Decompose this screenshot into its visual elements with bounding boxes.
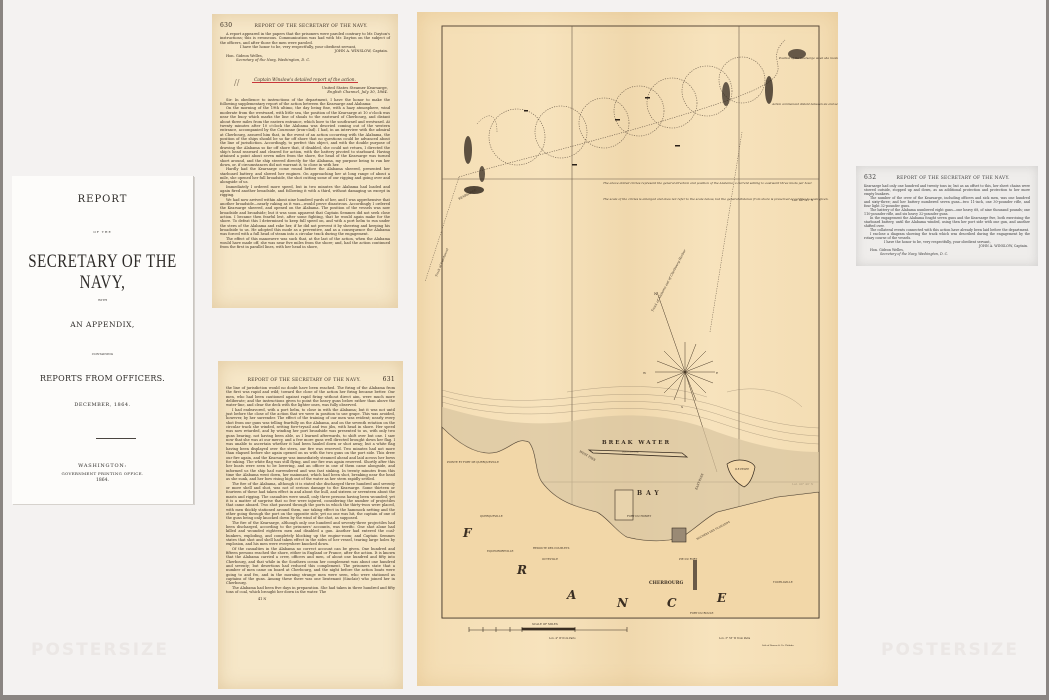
battle-map: The above dotted circles represent the g… bbox=[417, 12, 838, 686]
addressee-title: Secretary of the Navy, Washington, D. C. bbox=[226, 58, 398, 62]
place-octeville: OCTEVILLE bbox=[542, 557, 558, 561]
addressee-title: Secretary of the Navy, Washington, D. C. bbox=[870, 252, 1038, 256]
paragraph: On the morning of the 19th ultimo, the d… bbox=[220, 106, 390, 167]
frame-left-edge bbox=[0, 0, 3, 700]
country-letter-r: R bbox=[516, 563, 527, 577]
page-number: 631 bbox=[383, 376, 395, 383]
paragraph: In the engagement the Alabama fought sev… bbox=[864, 216, 1030, 228]
title-rule bbox=[96, 438, 136, 439]
country-letter-n: N bbox=[616, 596, 629, 610]
addressee: Hon. Gideon Welles, Secretary of the Nav… bbox=[856, 248, 1038, 256]
paragraph: I had endeavored, with a port helm, to c… bbox=[226, 408, 395, 482]
page-631: REPORT OF THE SECRETARY OF THE NAVY. 631… bbox=[218, 361, 403, 689]
watermark-right: POSTERSIZE bbox=[880, 640, 1020, 660]
paragraph: Kearsarge had only one hundred and twent… bbox=[864, 184, 1030, 196]
title-containing: CONTAINING bbox=[12, 352, 193, 356]
place-redoute: REDOUTE DES COUPLETS bbox=[533, 546, 570, 550]
paragraph: The number of the crew of the Kearsarge,… bbox=[864, 196, 1030, 208]
paragraph: Sir: In obedience to instructions of the… bbox=[220, 98, 390, 107]
running-head: REPORT OF THE SECRETARY OF THE NAVY. bbox=[248, 378, 361, 383]
place-equeurdreville: EQUEURDREVILLE bbox=[487, 549, 514, 553]
title-secretary: SECRETARY OF THE NAVY, bbox=[12, 252, 193, 295]
paragraph: We had now arrived within about nine hun… bbox=[220, 198, 390, 237]
longitude-right: Lon. 3° 55' W from Paris bbox=[719, 637, 751, 640]
country-letter-f: F bbox=[462, 526, 473, 540]
map-note-position: Position of the Kearsarge when she recei… bbox=[778, 56, 838, 60]
alabama-circles bbox=[489, 57, 765, 165]
scale-bar bbox=[469, 627, 627, 632]
page-number: 630 bbox=[220, 22, 232, 29]
paragraph: Hardly had the Kearsarge come round befo… bbox=[220, 167, 390, 184]
breakwater-label: BREAK WATER bbox=[602, 440, 671, 446]
title-of-the: OF THE bbox=[12, 230, 193, 234]
location: United States Steamer Kearsarge, English… bbox=[212, 86, 398, 95]
place-querqueville-point: POINTE ET FORT DE QUERQUEVILLE bbox=[447, 460, 499, 464]
map-note-circles: The above dotted circles represent the g… bbox=[603, 181, 812, 185]
longitude-left: Lon. 4° W from Paris bbox=[549, 637, 576, 640]
watermark-left: POSTERSIZE bbox=[30, 640, 170, 660]
page-body: Sir: In obedience to instructions of the… bbox=[212, 95, 398, 250]
compass-n: N bbox=[654, 291, 658, 296]
title-with: WITH bbox=[12, 298, 193, 302]
ile-pelee-label: ILE PELEE bbox=[735, 468, 749, 471]
running-head: REPORT OF THE SECRETARY OF THE NAVY. bbox=[255, 24, 368, 29]
track-label-alabama: Track of Alabama out of Cherbourg Harbor bbox=[650, 248, 687, 312]
page-630: 630 REPORT OF THE SECRETARY OF THE NAVY.… bbox=[212, 14, 398, 308]
paragraph: Immediately I ordered more speed, but in… bbox=[220, 185, 390, 198]
paragraph: The fire of the Alabama, although it is … bbox=[226, 482, 395, 521]
fort-central-label: FORT CENTRAL bbox=[622, 452, 639, 454]
map-drawing: The above dotted circles represent the g… bbox=[417, 12, 838, 686]
page-body: the line of jurisdiction would no doubt … bbox=[218, 383, 403, 595]
place-querqueville: QUERQUEVILLE bbox=[480, 514, 503, 518]
scale-label: SCALE OF MILES bbox=[532, 622, 558, 626]
running-head: REPORT OF THE SECRETARY OF THE NAVY. bbox=[897, 176, 1010, 181]
country-letter-c: C bbox=[667, 596, 677, 610]
paragraph: the line of jurisdiction would no doubt … bbox=[226, 386, 395, 408]
country-letter-e: E bbox=[716, 591, 727, 605]
addressee: Hon. Gideon Welles, Secretary of the Nav… bbox=[212, 54, 398, 63]
paragraph: A report appeared in the papers that the… bbox=[220, 32, 390, 45]
paragraph: I enclose a diagram showing the track wh… bbox=[864, 232, 1030, 240]
title-printing-office: GOVERNMENT PRINTING OFFICE. bbox=[12, 471, 193, 476]
frame-bottom-edge bbox=[0, 695, 1049, 700]
place-fort-roule: FORT DU ROULE bbox=[690, 611, 713, 615]
lithographer-credit: Lith of Bowen & Co. Philada. bbox=[762, 644, 794, 647]
paragraph: The Alabama had been five days in prepar… bbox=[226, 586, 395, 595]
lat-upper: Lat. 49° 41' N bbox=[792, 198, 814, 202]
page-632: 632 REPORT OF THE SECRETARY OF THE NAVY.… bbox=[856, 166, 1038, 266]
country-letter-a: A bbox=[566, 588, 576, 602]
place-cherbourg: CHERBOURG bbox=[649, 580, 683, 586]
place-fort-homet: FORT DU HOMET bbox=[627, 514, 651, 518]
signature-mark: 41 N bbox=[218, 595, 403, 603]
title-page: REPORT OF THE SECRETARY OF THE NAVY, WIT… bbox=[12, 176, 194, 504]
page-header: 630 REPORT OF THE SECRETARY OF THE NAVY. bbox=[212, 22, 398, 29]
section-heading: Captain Winslow's detailed report of the… bbox=[212, 77, 398, 83]
compass-w: W bbox=[643, 371, 647, 375]
title-reports: REPORTS FROM OFFICERS. bbox=[12, 374, 193, 383]
page-body: A report appeared in the papers that the… bbox=[212, 29, 398, 49]
paragraph: The battery of the Alabama numbered eigh… bbox=[864, 208, 1030, 216]
place-tourlaville: TOURLAVILLE bbox=[773, 580, 793, 584]
paragraph: Of the casualties in the Alabama no corr… bbox=[226, 547, 395, 586]
paragraph: The effect of this manœuvre was such tha… bbox=[220, 237, 390, 250]
page-header: REPORT OF THE SECRETARY OF THE NAVY. 631 bbox=[218, 376, 403, 383]
title-year: 1864. bbox=[12, 478, 193, 483]
fold-mark: // bbox=[234, 78, 239, 87]
title-report: REPORT bbox=[12, 194, 193, 205]
page-header: 632 REPORT OF THE SECRETARY OF THE NAVY. bbox=[856, 174, 1038, 181]
map-note-action: Action commenced distant between six and… bbox=[771, 102, 838, 106]
paragraph: The fire of the Kearsarge, although only… bbox=[226, 521, 395, 547]
bay-label: BAY bbox=[637, 490, 663, 497]
compass-e: E bbox=[716, 371, 718, 375]
ship-sketches bbox=[464, 49, 806, 194]
title-date: DECEMBER, 1864. bbox=[12, 402, 193, 408]
place-pie-fort: PIE DU FORT bbox=[679, 557, 697, 561]
page-body: Kearsarge had only one hundred and twent… bbox=[856, 181, 1038, 244]
title-washington: WASHINGTON: bbox=[12, 463, 193, 469]
page-number: 632 bbox=[864, 174, 876, 181]
title-appendix: AN APPENDIX, bbox=[12, 320, 193, 329]
